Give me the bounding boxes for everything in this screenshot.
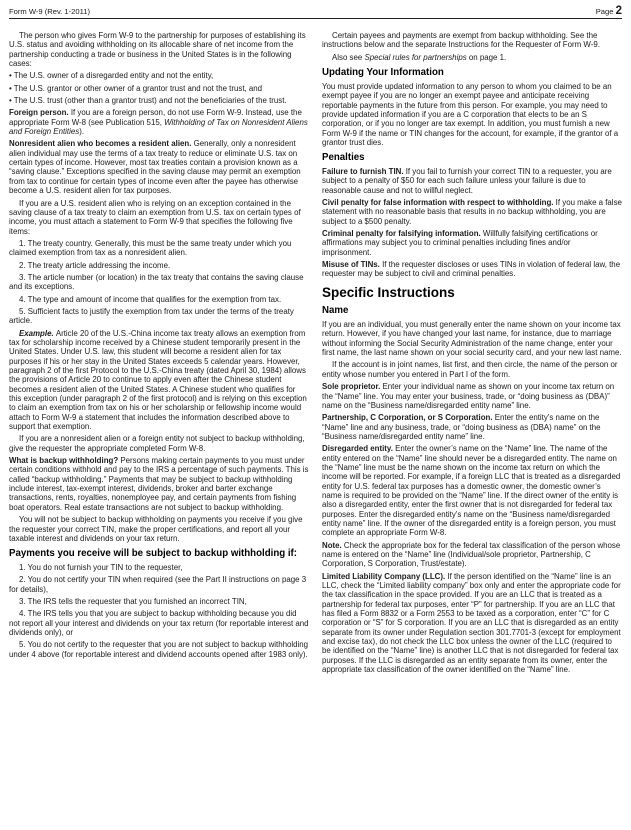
header-divider xyxy=(9,18,622,19)
right-column: Certain payees and payments are exempt f… xyxy=(322,28,622,674)
text-run: 5. Sufficient facts to justify the exemp… xyxy=(9,307,294,325)
text-run: Penalties xyxy=(322,152,365,163)
text-run: Civil penalty for false information with… xyxy=(322,198,556,207)
section-heading: Specific Instructions xyxy=(322,286,622,301)
text-run: If you are a nonresident alien or a fore… xyxy=(9,434,305,452)
text-run: Special rules for partnerships xyxy=(364,53,466,62)
text-run: Enter the owner’s name on the “Name” lin… xyxy=(322,444,620,537)
text-run: 2. The treaty article addressing the inc… xyxy=(19,261,170,270)
paragraph: Example. Article 20 of the U.S.-China in… xyxy=(9,329,309,432)
text-run: If the person identified on the “Name” l… xyxy=(322,572,621,674)
text-run: 3. The article number (or location) in t… xyxy=(9,273,304,291)
paragraph: Disregarded entity. Enter the owner’s na… xyxy=(322,444,622,537)
text-run: Check the appropriate box for the federa… xyxy=(322,541,620,569)
text-run: 2. You do not certify your TIN when requ… xyxy=(9,575,306,593)
text-run: Example. xyxy=(19,329,56,338)
paragraph: If you are a U.S. resident alien who is … xyxy=(9,199,309,236)
document-page: Form W-9 (Rev. 1-2011) Page 2 The person… xyxy=(0,0,631,830)
paragraph: 2. You do not certify your TIN when requ… xyxy=(9,575,309,594)
paragraph: Civil penalty for false information with… xyxy=(322,198,622,226)
subsection-heading: Payments you receive will be subject to … xyxy=(9,549,309,560)
text-run: 5. You do not certify to the requester t… xyxy=(9,640,308,658)
paragraph: If the account is in joint names, list f… xyxy=(322,360,622,379)
subsection-heading: Updating Your Information xyxy=(322,68,622,79)
text-run: What is backup withholding? xyxy=(9,456,120,465)
subsection-heading: Name xyxy=(322,306,622,317)
form-version-label: Form W-9 (Rev. 1-2011) xyxy=(9,7,90,17)
paragraph: 1. You do not furnish your TIN to the re… xyxy=(9,563,309,572)
page-header: Form W-9 (Rev. 1-2011) Page 2 xyxy=(9,6,622,17)
paragraph: 3. The article number (or location) in t… xyxy=(9,273,309,292)
paragraph: Partnership, C Corporation, or S Corpora… xyxy=(322,413,622,441)
page-label: Page xyxy=(596,7,614,16)
text-run: Partnership, C Corporation, or S Corpora… xyxy=(322,413,495,422)
text-run: Article 20 of the U.S.-China income tax … xyxy=(9,329,307,431)
text-run: Sole proprietor. xyxy=(322,382,383,391)
text-run: You must provide updated information to … xyxy=(322,82,618,147)
text-run: Failure to furnish TIN. xyxy=(322,167,406,176)
text-run: Nonresident alien who becomes a resident… xyxy=(9,139,194,148)
text-run: Specific Instructions xyxy=(322,285,455,300)
text-run: Criminal penalty for falsifying informat… xyxy=(322,229,483,238)
text-run: If the account is in joint names, list f… xyxy=(322,360,618,378)
paragraph: Failure to furnish TIN. If you fail to f… xyxy=(322,167,622,195)
paragraph: You must provide updated information to … xyxy=(322,82,622,147)
paragraph: What is backup withholding? Persons maki… xyxy=(9,456,309,512)
paragraph: Misuse of TINs. If the requester disclos… xyxy=(322,260,622,279)
left-column: The person who gives Form W-9 to the par… xyxy=(9,28,309,674)
text-run: If you are an individual, you must gener… xyxy=(322,320,622,357)
page-number: 2 xyxy=(616,5,622,17)
text-run: 1. You do not furnish your TIN to the re… xyxy=(19,563,182,572)
text-run: Limited Liability Company (LLC). xyxy=(322,572,447,581)
text-run: The person who gives Form W-9 to the par… xyxy=(9,31,306,68)
paragraph: You will not be subject to backup withho… xyxy=(9,515,309,543)
paragraph: The person who gives Form W-9 to the par… xyxy=(9,31,309,68)
text-run: 3. The IRS tells the requester that you … xyxy=(19,597,247,606)
text-run: 4. The type and amount of income that qu… xyxy=(19,295,281,304)
paragraph: 4. The IRS tells you that you are subjec… xyxy=(9,609,309,637)
subsection-heading: Penalties xyxy=(322,153,622,164)
paragraph: If you are an individual, you must gener… xyxy=(322,320,622,357)
paragraph: Certain payees and payments are exempt f… xyxy=(322,31,622,50)
text-run: Disregarded entity. xyxy=(322,444,395,453)
paragraph: Foreign person. If you are a foreign per… xyxy=(9,108,309,136)
paragraph: Note. Check the appropriate box for the … xyxy=(322,541,622,569)
paragraph: Criminal penalty for falsifying informat… xyxy=(322,229,622,257)
bullet-item: • The U.S. trust (other than a grantor t… xyxy=(9,96,309,105)
paragraph: Nonresident alien who becomes a resident… xyxy=(9,139,309,195)
text-run: Name xyxy=(322,305,348,316)
text-run: You will not be subject to backup withho… xyxy=(9,515,303,543)
paragraph: 5. You do not certify to the requester t… xyxy=(9,640,309,659)
text-run: • The U.S. trust (other than a grantor t… xyxy=(9,96,287,105)
paragraph: If you are a nonresident alien or a fore… xyxy=(9,434,309,453)
text-run: on page 1. xyxy=(467,53,507,62)
text-run: Note. xyxy=(322,541,344,550)
text-run: Updating Your Information xyxy=(322,67,444,78)
text-run: ). xyxy=(79,127,84,136)
text-run: 1. The treaty country. Generally, this m… xyxy=(9,239,291,257)
text-run: • The U.S. grantor or other owner of a g… xyxy=(9,84,262,93)
paragraph: Sole proprietor. Enter your individual n… xyxy=(322,382,622,410)
paragraph: 2. The treaty article addressing the inc… xyxy=(9,261,309,270)
text-run: • The U.S. owner of a disregarded entity… xyxy=(9,71,213,80)
text-run: 4. The IRS tells you that you are subjec… xyxy=(9,609,309,637)
text-run: Payments you receive will be subject to … xyxy=(9,548,297,559)
paragraph: Also see Special rules for partnerships … xyxy=(322,53,622,62)
text-run: Also see xyxy=(332,53,364,62)
bullet-item: • The U.S. grantor or other owner of a g… xyxy=(9,84,309,93)
paragraph: Limited Liability Company (LLC). If the … xyxy=(322,572,622,675)
paragraph: 1. The treaty country. Generally, this m… xyxy=(9,239,309,258)
paragraph: 5. Sufficient facts to justify the exemp… xyxy=(9,307,309,326)
paragraph: 4. The type and amount of income that qu… xyxy=(9,295,309,304)
text-run: Misuse of TINs. xyxy=(322,260,382,269)
paragraph: 3. The IRS tells the requester that you … xyxy=(9,597,309,606)
two-column-layout: The person who gives Form W-9 to the par… xyxy=(9,28,622,674)
text-run: Foreign person. xyxy=(9,108,71,117)
bullet-item: • The U.S. owner of a disregarded entity… xyxy=(9,71,309,80)
page-indicator: Page 2 xyxy=(596,6,622,17)
text-run: Certain payees and payments are exempt f… xyxy=(322,31,600,49)
text-run: If you are a U.S. resident alien who is … xyxy=(9,199,301,236)
